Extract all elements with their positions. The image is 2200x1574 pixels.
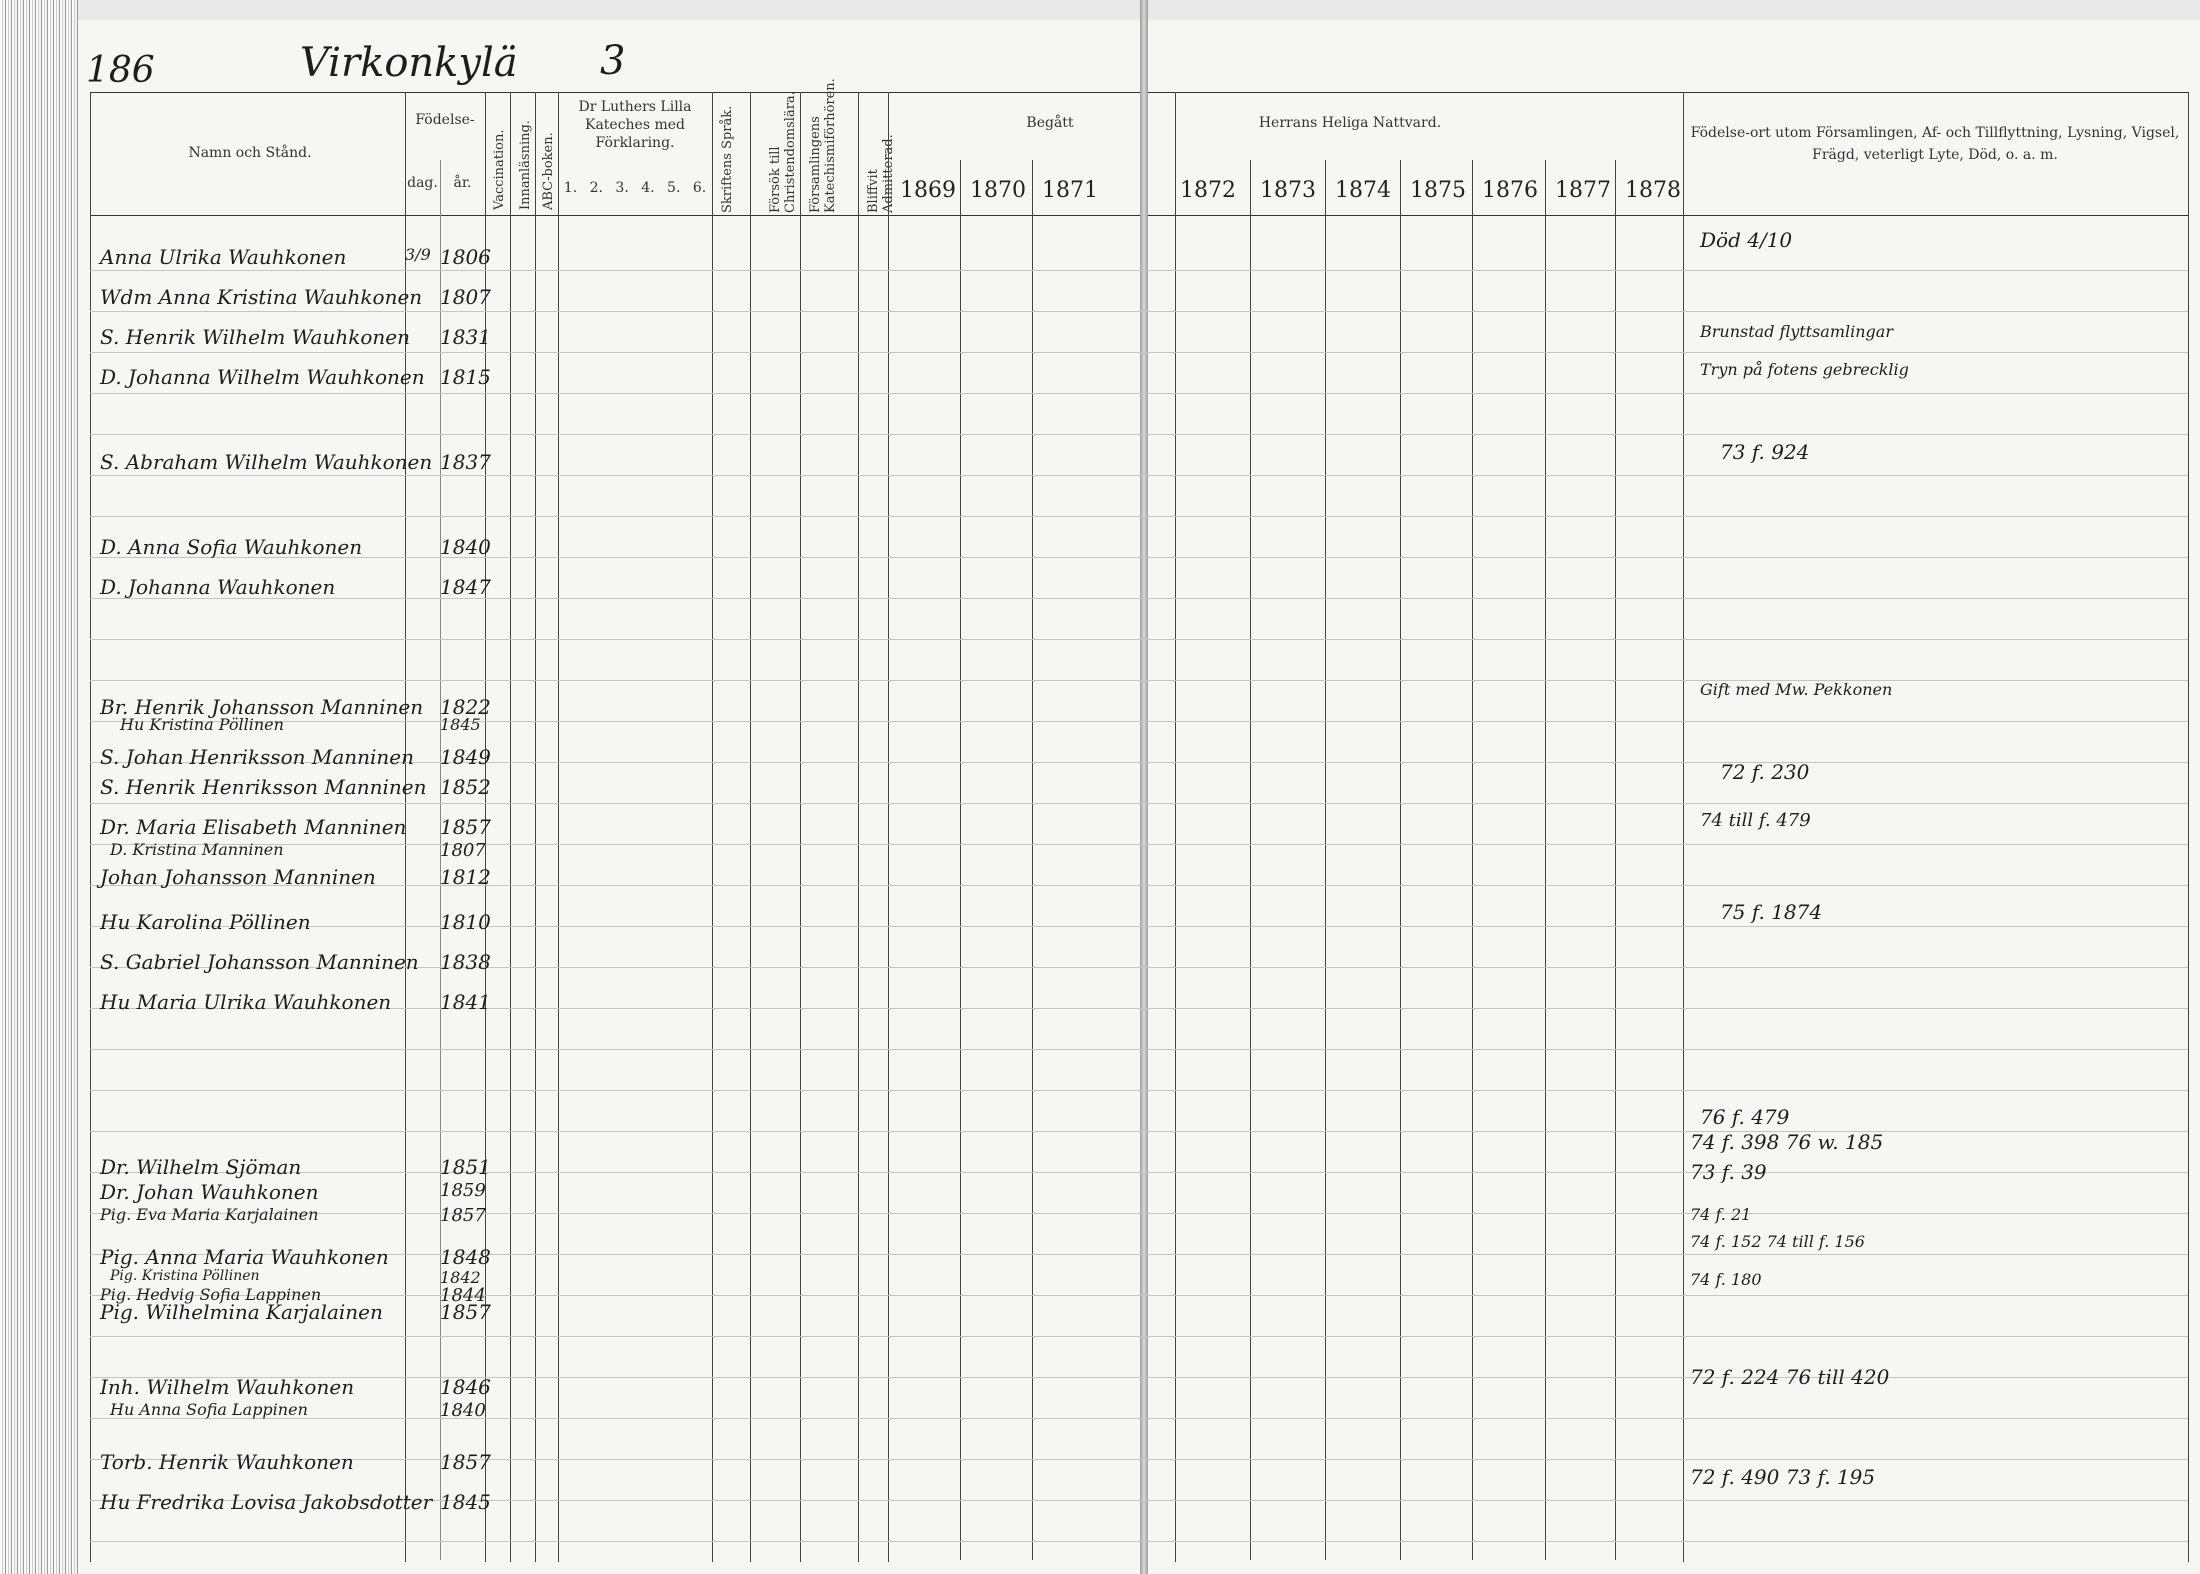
person-name: Dr. Wilhelm Sjöman <box>100 1155 301 1179</box>
header-bottom-line-left <box>90 215 1140 216</box>
person-name: Hu Maria Ulrika Wauhkonen <box>100 990 391 1014</box>
year-1878: 1878 <box>1625 178 1681 203</box>
person-name: S. Henrik Wilhelm Wauhkonen <box>100 325 410 349</box>
birth-year: 1815 <box>440 365 491 389</box>
remark: 72 f. 490 73 f. 195 <box>1690 1465 1875 1489</box>
house-number: 3 <box>600 38 625 84</box>
birth-year: 1845 <box>440 715 481 734</box>
birth-year: 1812 <box>440 865 491 889</box>
birth-year: 1840 <box>440 1400 486 1421</box>
header-birth: Födelse- <box>405 112 485 128</box>
header-innanlasning: Innanläsning. <box>518 100 533 210</box>
remark: 74 f. 21 <box>1690 1205 1751 1224</box>
person-name: Hu Kristina Pöllinen <box>120 715 284 734</box>
person-name: S. Johan Henriksson Manninen <box>100 745 414 769</box>
col-3: 3. <box>615 180 628 196</box>
birth-year: 1859 <box>440 1180 486 1201</box>
birth-year: 1838 <box>440 950 491 974</box>
birth-year: 1837 <box>440 450 491 474</box>
village-name: Virkonkylä <box>300 40 518 86</box>
year-1876: 1876 <box>1482 178 1538 203</box>
col-line <box>2188 92 2189 1562</box>
person-name: Hu Anna Sofia Lappinen <box>110 1400 308 1419</box>
header-birth-year: år. <box>440 175 485 191</box>
header-top-line-right <box>1148 92 2188 93</box>
header-admitterad: Bliffvit Admitterad. <box>866 98 896 213</box>
person-name: S. Gabriel Johansson Manninen <box>100 950 419 974</box>
person-name: Torb. Henrik Wauhkonen <box>100 1450 354 1474</box>
year-1872: 1872 <box>1180 178 1236 203</box>
header-abc-boken: ABC-boken. <box>541 100 556 210</box>
person-name: Anna Ulrika Wauhkonen <box>100 245 346 269</box>
remark: Brunstad flyttsamlingar <box>1700 322 1893 341</box>
person-name: Inh. Wilhelm Wauhkonen <box>100 1375 354 1399</box>
book-page-edges <box>0 0 78 1574</box>
remark: 74 f. 180 <box>1690 1270 1762 1289</box>
header-scripture: Skriftens Språk. <box>720 98 735 213</box>
birth-year: 1807 <box>440 840 486 861</box>
header-name: Namn och Stånd. <box>100 145 400 161</box>
header-bottom-line-right <box>1148 215 2188 216</box>
remark: Tryn på fotens gebrecklig <box>1700 360 1909 379</box>
person-name: Pig. Wilhelmina Karjalainen <box>100 1300 383 1324</box>
person-name: Wdm Anna Kristina Wauhkonen <box>100 285 422 309</box>
year-1875: 1875 <box>1410 178 1466 203</box>
year-1873: 1873 <box>1260 178 1316 203</box>
year-1874: 1874 <box>1335 178 1391 203</box>
birth-year: 1806 <box>440 245 491 269</box>
remark: 73 f. 39 <box>1690 1160 1767 1184</box>
birth-year: 1846 <box>440 1375 491 1399</box>
birth-day: 3/9 <box>405 245 431 264</box>
birth-year: 1849 <box>440 745 491 769</box>
person-name: D. Johanna Wilhelm Wauhkonen <box>100 365 425 389</box>
birth-year: 1831 <box>440 325 491 349</box>
header-catechism: Dr Luthers Lilla Kateches med Förklaring… <box>560 98 710 152</box>
birth-year: 1841 <box>440 990 491 1014</box>
person-name: D. Kristina Manninen <box>110 840 284 859</box>
remark: 72 f. 230 <box>1720 760 1809 784</box>
birth-year: 1848 <box>440 1245 491 1269</box>
year-1877: 1877 <box>1555 178 1611 203</box>
col-1: 1. <box>564 180 577 196</box>
ruled-lines <box>90 230 2188 1560</box>
birth-year: 1857 <box>440 815 491 839</box>
birth-year: 1851 <box>440 1155 491 1179</box>
person-name: Pig. Anna Maria Wauhkonen <box>100 1245 389 1269</box>
birth-year: 1852 <box>440 775 491 799</box>
birth-year: 1807 <box>440 285 491 309</box>
remark: 74 f. 152 74 till f. 156 <box>1690 1232 1865 1251</box>
birth-year: 1847 <box>440 575 491 599</box>
col-5: 5. <box>667 180 680 196</box>
remark: 74 f. 398 76 w. 185 <box>1690 1130 1883 1154</box>
birth-year: 1857 <box>440 1205 486 1226</box>
header-birth-day: dag. <box>405 175 440 191</box>
person-name: S. Henrik Henriksson Manninen <box>100 775 427 799</box>
birth-year: 1857 <box>440 1300 491 1324</box>
person-name: Dr. Maria Elisabeth Manninen <box>100 815 406 839</box>
header-top-line-left <box>90 92 1140 93</box>
year-1870: 1870 <box>970 178 1026 203</box>
header-forsamlings-katechismi: Församlingens Katechismiförhören. <box>808 98 838 213</box>
person-name: Pig. Kristina Pöllinen <box>110 1268 260 1284</box>
header-catechism-cols: 1. 2. 3. 4. 5. 6. <box>560 180 710 196</box>
remark: 75 f. 1874 <box>1720 900 1822 924</box>
header-begatt: Begått <box>1000 115 1100 131</box>
header-remarks: Födelse-ort utom Församlingen, Af- och T… <box>1690 122 2180 166</box>
remark: 73 f. 924 <box>1720 440 1809 464</box>
birth-year: 1857 <box>440 1450 491 1474</box>
remark: 76 f. 479 <box>1700 1105 1789 1129</box>
page-number: 186 <box>86 50 155 91</box>
year-1869: 1869 <box>900 178 956 203</box>
remark: Död 4/10 <box>1700 228 1792 252</box>
year-1871: 1871 <box>1042 178 1098 203</box>
header-forsta-christendom: Försök till Christendomslära. <box>768 98 798 213</box>
birth-year: 1840 <box>440 535 491 559</box>
header-vaccination: Vaccination. <box>492 100 507 210</box>
person-name: Dr. Johan Wauhkonen <box>100 1180 318 1204</box>
remark: 72 f. 224 76 till 420 <box>1690 1365 1889 1389</box>
person-name: Hu Fredrika Lovisa Jakobsdotter <box>100 1490 432 1514</box>
birth-year: 1845 <box>440 1490 491 1514</box>
person-name: Pig. Eva Maria Karjalainen <box>100 1205 318 1224</box>
header-nattvard: Herrans Heliga Nattvard. <box>1250 115 1450 131</box>
person-name: Hu Karolina Pöllinen <box>100 910 311 934</box>
remark: 74 till f. 479 <box>1700 810 1811 831</box>
person-name: S. Abraham Wilhelm Wauhkonen <box>100 450 432 474</box>
birth-year: 1810 <box>440 910 491 934</box>
person-name: D. Anna Sofia Wauhkonen <box>100 535 362 559</box>
remark: Gift med Mw. Pekkonen <box>1700 680 1892 699</box>
col-4: 4. <box>641 180 654 196</box>
person-name: D. Johanna Wauhkonen <box>100 575 335 599</box>
col-2: 2. <box>590 180 603 196</box>
person-name: Johan Johansson Manninen <box>100 865 376 889</box>
col-6: 6. <box>693 180 706 196</box>
